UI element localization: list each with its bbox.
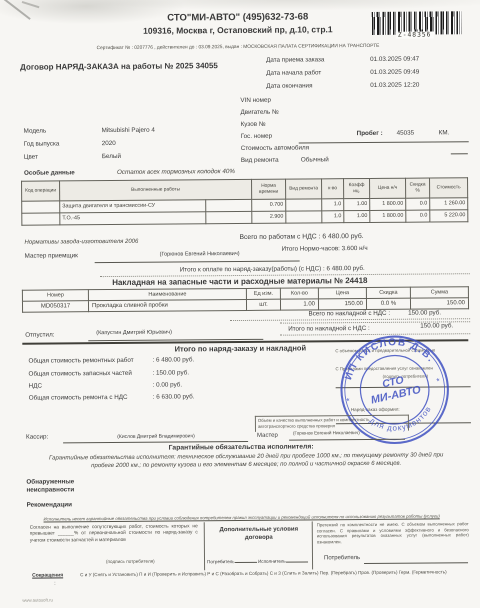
- work-norm: 2.900: [252, 211, 286, 223]
- executor-signature-line: [286, 556, 308, 562]
- work-rate: 1 800.00: [370, 198, 406, 210]
- works-col-code: Код операции: [22, 181, 60, 201]
- defects-label: Обнаруженные неисправности: [26, 478, 88, 494]
- work-qty: 1.0: [322, 211, 344, 223]
- column-divider: [312, 521, 313, 569]
- work-code: [22, 213, 60, 225]
- work-code: [22, 201, 60, 213]
- work-coef: 1.00: [344, 210, 370, 222]
- part-discount: 0.0 %: [366, 298, 410, 309]
- warranty-text: Гарантийные обязательства исполнителя: т…: [41, 452, 451, 470]
- recommendations-label: Рекомендации: [27, 501, 73, 509]
- summary-row-value: : 150.00 руб.: [153, 369, 190, 377]
- abbreviations-colon: :: [54, 580, 55, 587]
- released-label: Отпустил:: [25, 331, 54, 339]
- summary-row-label: НДС: [29, 383, 42, 391]
- consumer-label: Потребитель: [207, 559, 235, 564]
- parts-col-sum: Сумма: [410, 287, 468, 298]
- claims-text: Претензий по комплектности не имею. С об…: [317, 521, 469, 545]
- repair-kind-value: Обычный: [301, 156, 329, 164]
- works-col-rate: Цена н/ч: [370, 178, 406, 198]
- works-col-norm: Норма времени: [252, 179, 286, 199]
- work-discount: 0.0: [406, 210, 430, 222]
- master-receiver-name: (Горюнов Евгений Николаевич): [100, 251, 300, 260]
- parts-col-unit: Ед изм.: [246, 288, 280, 299]
- released-name: (Капустин Дмитрий Юрьевич): [96, 330, 172, 338]
- model-label: Модель: [24, 128, 47, 136]
- parts-col-price: Цена: [318, 288, 366, 299]
- order-title: Договор НАРЯД-ЗАКАЗА на работы № 2025 34…: [20, 61, 218, 72]
- cashier-signature-line: [63, 441, 248, 443]
- part-sum: 150.00: [410, 298, 468, 309]
- work-coef: 1.00: [344, 198, 370, 210]
- year-value: 2020: [102, 140, 116, 148]
- invoice-total-label: Всего по накладной с НДС :: [240, 310, 390, 319]
- company-name-phone: СТО"МИ-АВТО" (495)632-73-68: [58, 11, 418, 25]
- special-data-value: Остаток всех тормозных колодок 40%: [117, 168, 235, 177]
- mileage-underline: [299, 141, 469, 143]
- work-cost: 1 260.00: [430, 198, 468, 210]
- master-receiver-label: Мастер приемщик: [25, 252, 78, 260]
- date-start-value: 01.03.2025 09:49: [370, 69, 419, 77]
- mileage-value: 45035: [397, 130, 415, 138]
- summary-row-label: Общая стоимость запасных частей: [29, 370, 132, 379]
- part-qty: 1.00: [280, 299, 318, 310]
- work-name-extra: [206, 211, 252, 223]
- column-divider: [204, 522, 205, 570]
- scanned-work-order: СТО"МИ-АВТО" (495)632-73-68 109316, Моск…: [0, 0, 480, 608]
- consumer-signature-line: [235, 557, 257, 563]
- work-name-extra: [206, 199, 252, 211]
- stamp-star-left: *: [346, 395, 352, 406]
- related-works-consent-text: Согласен на выполнение сопутствующих раб…: [30, 524, 198, 545]
- website-link: www.autosoft.ru: [22, 597, 53, 603]
- date-received-label: Дата приема заказа: [266, 56, 324, 64]
- barcode-label: Z-48356: [396, 31, 434, 38]
- invoice-total-value: 150.00 руб.: [408, 309, 441, 317]
- work-name: Т.О.-45: [60, 212, 206, 225]
- body-label: Кузов №: [241, 121, 266, 129]
- date-end-value: 01.03.2025 12:20: [370, 82, 419, 90]
- summary-row-label: Общая стоимость ремонта с НДС: [29, 394, 128, 403]
- works-col-qty: к-во: [322, 179, 344, 199]
- works-col-cost: Стоимость: [430, 178, 468, 198]
- car-value-underline: [451, 153, 468, 154]
- mileage-label: Пробег :: [357, 130, 383, 138]
- abbreviations-label: Сокращения: [32, 572, 63, 579]
- part-name: Прокладка сливной пробки: [88, 299, 246, 311]
- mileage-units: КМ.: [439, 129, 450, 137]
- round-stamp: ИП КИСЛОВ Д.В. для документов СТО МИ-АВТ…: [327, 322, 463, 458]
- consumer-signature-line-right: [364, 562, 468, 564]
- plate-label: Гос. номер: [241, 133, 273, 141]
- engine-label: Двигатель №: [240, 109, 278, 117]
- model-value: Mitsubishi Pajero 4: [102, 127, 155, 135]
- work-norm: 0.700: [252, 199, 286, 211]
- color-label: Цвет: [24, 154, 38, 162]
- date-start-label: Дата начала работ: [266, 69, 321, 77]
- parts-col-discount: Скидка: [366, 287, 410, 298]
- summary-row-value: : 6 630.00 руб.: [153, 393, 195, 401]
- summary-row-label: Общая стоимость ремонтных работ: [28, 357, 133, 366]
- stamp-star-right: *: [436, 376, 442, 387]
- parts-col-number: Номер: [22, 290, 88, 302]
- company-address: 109316, Москва г, Остаповский пр, д.10, …: [58, 24, 418, 37]
- year-label: Год выпуска: [24, 140, 60, 148]
- warranty-title: Гарантийные обязательства исполнителя:: [91, 443, 391, 454]
- abbreviations-text: С и У (Снять и Установить) П и И (Провер…: [80, 569, 470, 578]
- repair-kind-label: Вид ремонта: [241, 157, 279, 165]
- part-number: MD050317: [22, 301, 88, 313]
- works-col-disc: Скидка %: [406, 178, 430, 198]
- work-repair-type: [286, 211, 322, 223]
- master-signature-line: [95, 261, 300, 264]
- work-qty: 1.0: [322, 199, 344, 211]
- executor-label: Исполнитель: [258, 559, 286, 564]
- date-received-value: 01.03.2025 09:47: [370, 56, 419, 64]
- summary-row-value: : 0.00 руб.: [153, 381, 183, 389]
- works-col-name: Выполненные работы: [60, 179, 252, 201]
- cashier-name: (Кислов Дмитрий Владимирович): [76, 433, 236, 441]
- consumer-executor-row: Потребитель Исполнитель: [207, 556, 311, 565]
- color-value: Белый: [102, 153, 121, 161]
- car-value-label: Стоимость автомобиля: [241, 144, 309, 153]
- works-table: Код операции Выполненные работы Норма вр…: [21, 177, 468, 226]
- order-total-line: Итого к оплате по наряд-заказу(работы) (…: [180, 265, 365, 274]
- work-rate: 1 800.00: [370, 210, 406, 222]
- works-col-repair: Вид ремонта: [286, 179, 322, 199]
- vin-label: VIN номер: [240, 97, 271, 105]
- additional-conditions-title: Дополнительные условия договора: [208, 526, 310, 542]
- work-cost: 5 220.00: [430, 210, 468, 222]
- parts-col-qty: Кол-во: [280, 288, 318, 299]
- part-price: 150.00: [318, 299, 366, 310]
- work-repair-type: [286, 199, 322, 211]
- scan-crease-mark-2: [22, 1, 40, 8]
- check-master-name: (Горюнов Евгений Николаевич): [293, 430, 360, 437]
- works-col-coef: Коэфф иц.: [344, 178, 370, 198]
- parts-table: Номер Наименование Ед изм. Кол-во Цена С…: [22, 286, 469, 313]
- standards-note: Нормативы завода-изготовителя 2006: [24, 239, 138, 247]
- date-end-label: Дата окончания: [266, 82, 312, 90]
- check-master-label: Мастер: [257, 433, 278, 441]
- consumer-label-right: Потребитель: [324, 555, 360, 563]
- part-unit: шт.: [246, 299, 280, 310]
- certificate-line: Сертификат № : 0207776 , действителен до…: [0, 43, 478, 53]
- work-discount: 0.0: [406, 198, 430, 210]
- works-total-line: Всего по работам с НДС : 6 480.00 руб.: [239, 233, 363, 242]
- summary-row-value: : 6 480.00 руб.: [152, 356, 194, 364]
- cashier-label: Кассир:: [26, 434, 48, 442]
- special-data-label: Особые данные: [24, 169, 75, 177]
- invoice-grand-label: Итого по накладной с НДС :: [288, 325, 370, 334]
- footer-signature-hint: (подпись потребителя): [106, 559, 155, 565]
